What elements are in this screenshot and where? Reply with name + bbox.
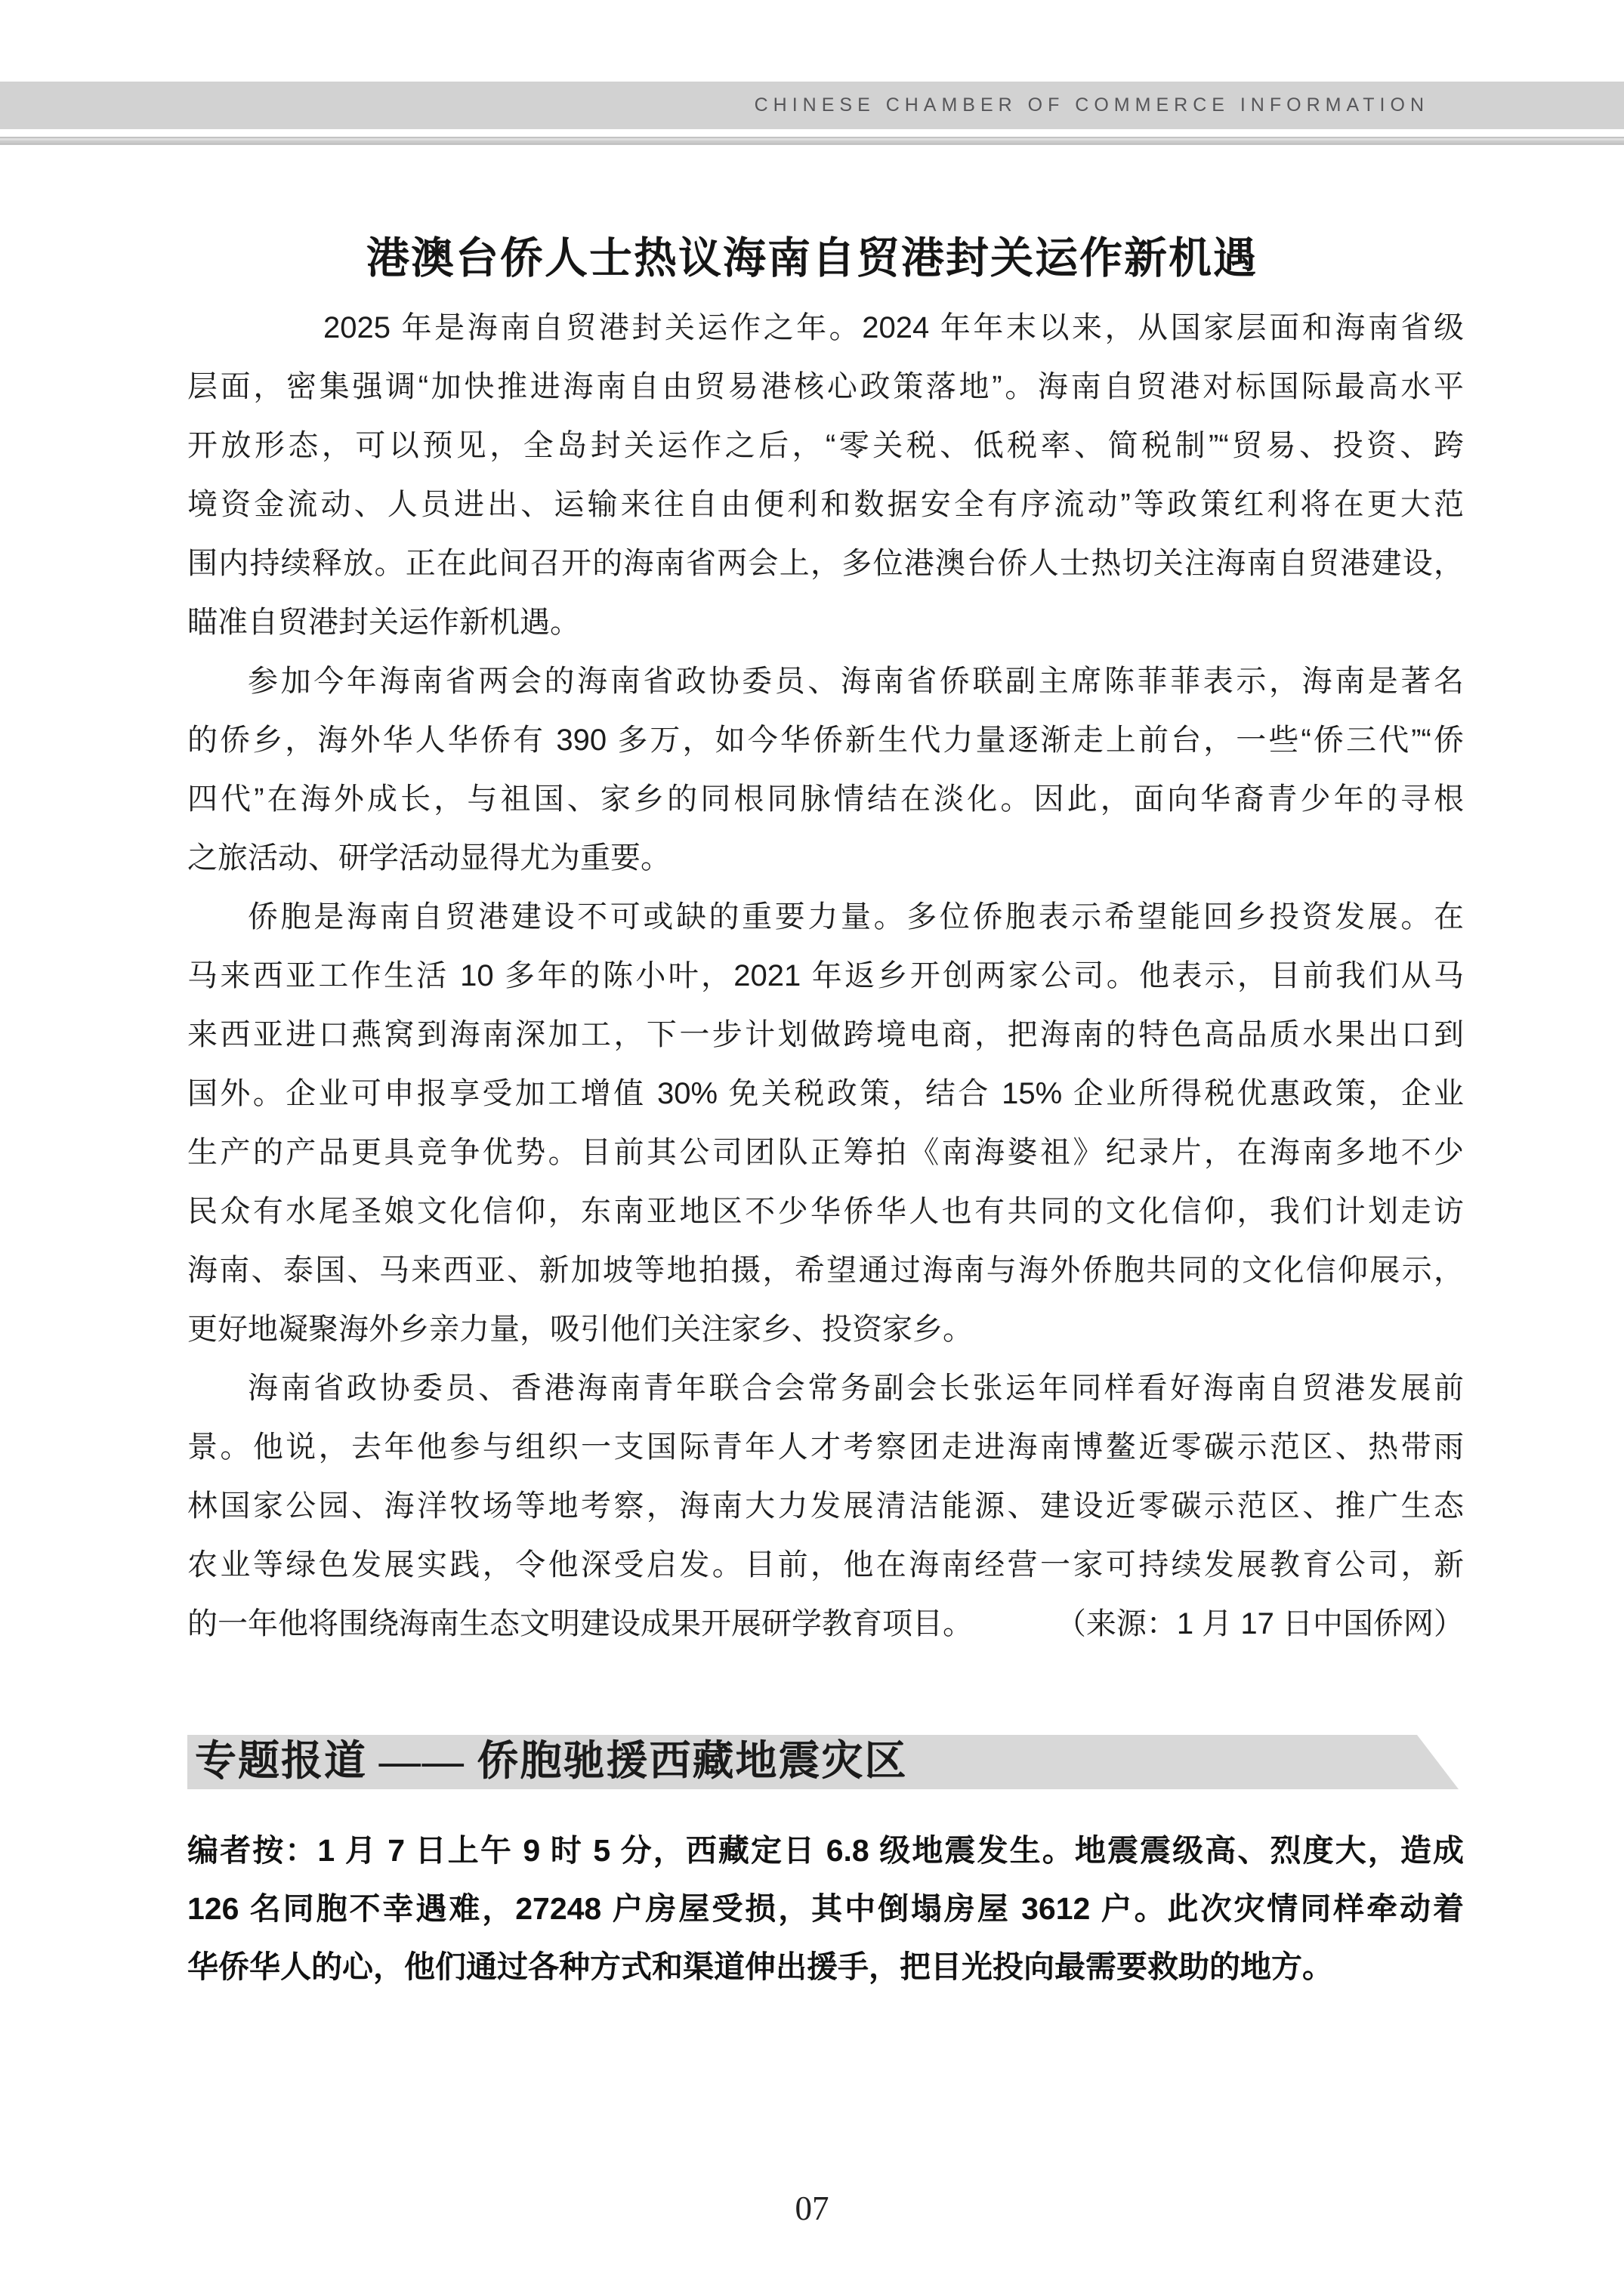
body-line: 海南省政协委员、香港海南青年联合会常务副会长张运年同样看好海南自贸港发展前 (187, 1359, 1464, 1418)
paragraph: 参加今年海南省两会的海南省政协委员、海南省侨联副主席陈菲菲表示，海南是著名的侨乡… (187, 652, 1464, 887)
header-rule (0, 137, 1624, 145)
editor-note: 编者按：1 月 7 日上午 9 时 5 分，西藏定日 6.8 级地震发生。地震震… (187, 1822, 1464, 1996)
paragraph: 海南省政协委员、香港海南青年联合会常务副会长张运年同样看好海南自贸港发展前景。他… (187, 1359, 1464, 1653)
article-title: 港澳台侨人士热议海南自贸港封关运作新机遇 (0, 224, 1624, 285)
closing-line: 的一年他将围绕海南生态文明建设成果开展研学教育项目。（来源：1 月 17 日中国… (187, 1594, 1464, 1653)
editor-note-line: 华侨华人的心，他们通过各种方式和渠道伸出援手，把目光投向最需要救助的地方。 (187, 1938, 1464, 1996)
paragraph: 侨胞是海南自贸港建设不可或缺的重要力量。多位侨胞表示希望能回乡投资发展。在马来西… (187, 887, 1464, 1359)
body-line: 生产的产品更具竞争优势。目前其公司团队正筹拍《南海婆祖》纪录片，在海南多地不少 (187, 1123, 1464, 1182)
section-header-band: 专题报道 —— 侨胞驰援西藏地震灾区 (187, 1735, 1459, 1789)
section-header-label: 专题报道 —— 侨胞驰援西藏地震灾区 (195, 1735, 908, 1788)
body-line: 参加今年海南省两会的海南省政协委员、海南省侨联副主席陈菲菲表示，海南是著名 (187, 652, 1464, 711)
header-banner-text: CHINESE CHAMBER OF COMMERCE INFORMATION (755, 82, 1429, 129)
body-line: 更好地凝聚海外乡亲力量，吸引他们关注家乡、投资家乡。 (187, 1300, 1464, 1359)
body-line: 侨胞是海南自贸港建设不可或缺的重要力量。多位侨胞表示希望能回乡投资发展。在 (187, 887, 1464, 946)
body-line: 景。他说，去年他参与组织一支国际青年人才考察团走进海南博鳌近零碳示范区、热带雨 (187, 1418, 1464, 1477)
body-line: 开放形态，可以预见，全岛封关运作之后，“零关税、低税率、简税制”“贸易、投资、跨 (187, 416, 1464, 475)
document-page: CHINESE CHAMBER OF COMMERCE INFORMATION … (0, 0, 1624, 2293)
body-line: 国外。企业可申报享受加工增值 30% 免关税政策，结合 15% 企业所得税优惠政… (187, 1064, 1464, 1123)
body-line: 四代”在海外成长，与祖国、家乡的同根同脉情结在淡化。因此，面向华裔青少年的寻根 (187, 770, 1464, 829)
body-line: 瞄准自贸港封关运作新机遇。 (187, 593, 1464, 652)
closing-text: 的一年他将围绕海南生态文明建设成果开展研学教育项目。 (187, 1594, 973, 1653)
body-line: 境资金流动、人员进出、运输来往自由便利和数据安全有序流动”等政策红利将在更大范 (187, 475, 1464, 534)
editor-note-line: 126 名同胞不幸遇难，27248 户房屋受损，其中倒塌房屋 3612 户。此次… (187, 1880, 1464, 1938)
body-line: 民众有水尾圣娘文化信仰，东南亚地区不少华侨华人也有共同的文化信仰，我们计划走访 (187, 1182, 1464, 1241)
editor-note-line: 编者按：1 月 7 日上午 9 时 5 分，西藏定日 6.8 级地震发生。地震震… (187, 1822, 1464, 1880)
paragraph: 2025 年是海南自贸港封关运作之年。2024 年年末以来，从国家层面和海南省级… (187, 298, 1464, 652)
source-note: （来源：1 月 17 日中国侨网） (1056, 1594, 1464, 1653)
body-line: 农业等绿色发展实践，令他深受启发。目前，他在海南经营一家可持续发展教育公司，新 (187, 1535, 1464, 1594)
body-line: 之旅活动、研学活动显得尤为重要。 (187, 829, 1464, 887)
body-line: 层面，密集强调“加快推进海南自由贸易港核心政策落地”。海南自贸港对标国际最高水平 (187, 357, 1464, 416)
article-body: 2025 年是海南自贸港封关运作之年。2024 年年末以来，从国家层面和海南省级… (187, 298, 1464, 1653)
body-line: 来西亚进口燕窝到海南深加工，下一步计划做跨境电商，把海南的特色高品质水果出口到 (187, 1005, 1464, 1064)
body-line: 海南、泰国、马来西亚、新加坡等地拍摄，希望通过海南与海外侨胞共同的文化信仰展示， (187, 1241, 1464, 1300)
header-band: CHINESE CHAMBER OF COMMERCE INFORMATION (0, 82, 1624, 129)
body-line: 马来西亚工作生活 10 多年的陈小叶，2021 年返乡开创两家公司。他表示，目前… (187, 946, 1464, 1005)
body-line: 林国家公园、海洋牧场等地考察，海南大力发展清洁能源、建设近零碳示范区、推广生态 (187, 1477, 1464, 1535)
body-line: 2025 年是海南自贸港封关运作之年。2024 年年末以来，从国家层面和海南省级 (187, 298, 1464, 357)
page-number: 07 (0, 2189, 1624, 2228)
body-line: 围内持续释放。正在此间召开的海南省两会上，多位港澳台侨人士热切关注海南自贸港建设… (187, 534, 1464, 593)
body-line: 的侨乡，海外华人华侨有 390 多万，如今华侨新生代力量逐渐走上前台，一些“侨三… (187, 711, 1464, 770)
